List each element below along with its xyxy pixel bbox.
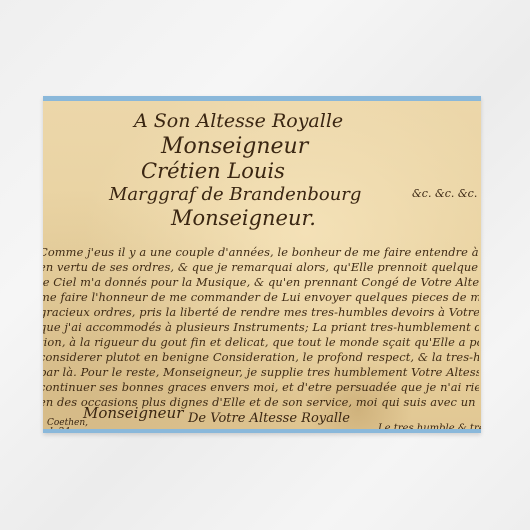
body-line: en vertu de ses ordres, & que je remarqu…: [43, 260, 479, 274]
body-line: me faire l'honneur de me commander de Lu…: [43, 290, 479, 304]
address-line-etc: &c. &c. &c.: [412, 187, 477, 200]
body-line: que j'ai accommodés à plusieurs Instrume…: [43, 320, 479, 334]
body-line: continuer ses bonnes graces envers moi, …: [43, 380, 479, 394]
letter-postcard: A Son Altesse Royalle Monseigneur Crétie…: [43, 96, 481, 433]
address-line-title: Marggraf de Brandenbourg: [109, 184, 361, 205]
body-line: le Ciel m'a donnés pour la Musique, & qu…: [43, 275, 479, 289]
body-line: gracieux ordres, pris la liberté de rend…: [43, 305, 479, 319]
address-line-monseigneur: Monseigneur: [161, 134, 308, 159]
letter-date: Coethen, d. 24 Mar. 1721: [47, 419, 87, 433]
body-line: tion, à la rigueur du gout fin et delica…: [43, 335, 479, 349]
body-line: par là. Pour le reste, Monseigneur, je s…: [43, 365, 479, 379]
closing-votre: De Votre Altesse Royalle: [188, 411, 350, 426]
body-line: Comme j'eus il y a une couple d'années, …: [43, 245, 479, 259]
closing-salutation: Monseigneur: [83, 404, 183, 422]
salutation-heading: Monseigneur.: [171, 206, 316, 230]
body-line: considerer plutot en benigne Considerati…: [43, 350, 479, 364]
address-line-name: Crétien Louis: [141, 159, 285, 183]
signature-line: Le tres humble & tres obeissant serviteu…: [378, 423, 481, 433]
address-line-altesse: A Son Altesse Royalle: [134, 110, 343, 132]
